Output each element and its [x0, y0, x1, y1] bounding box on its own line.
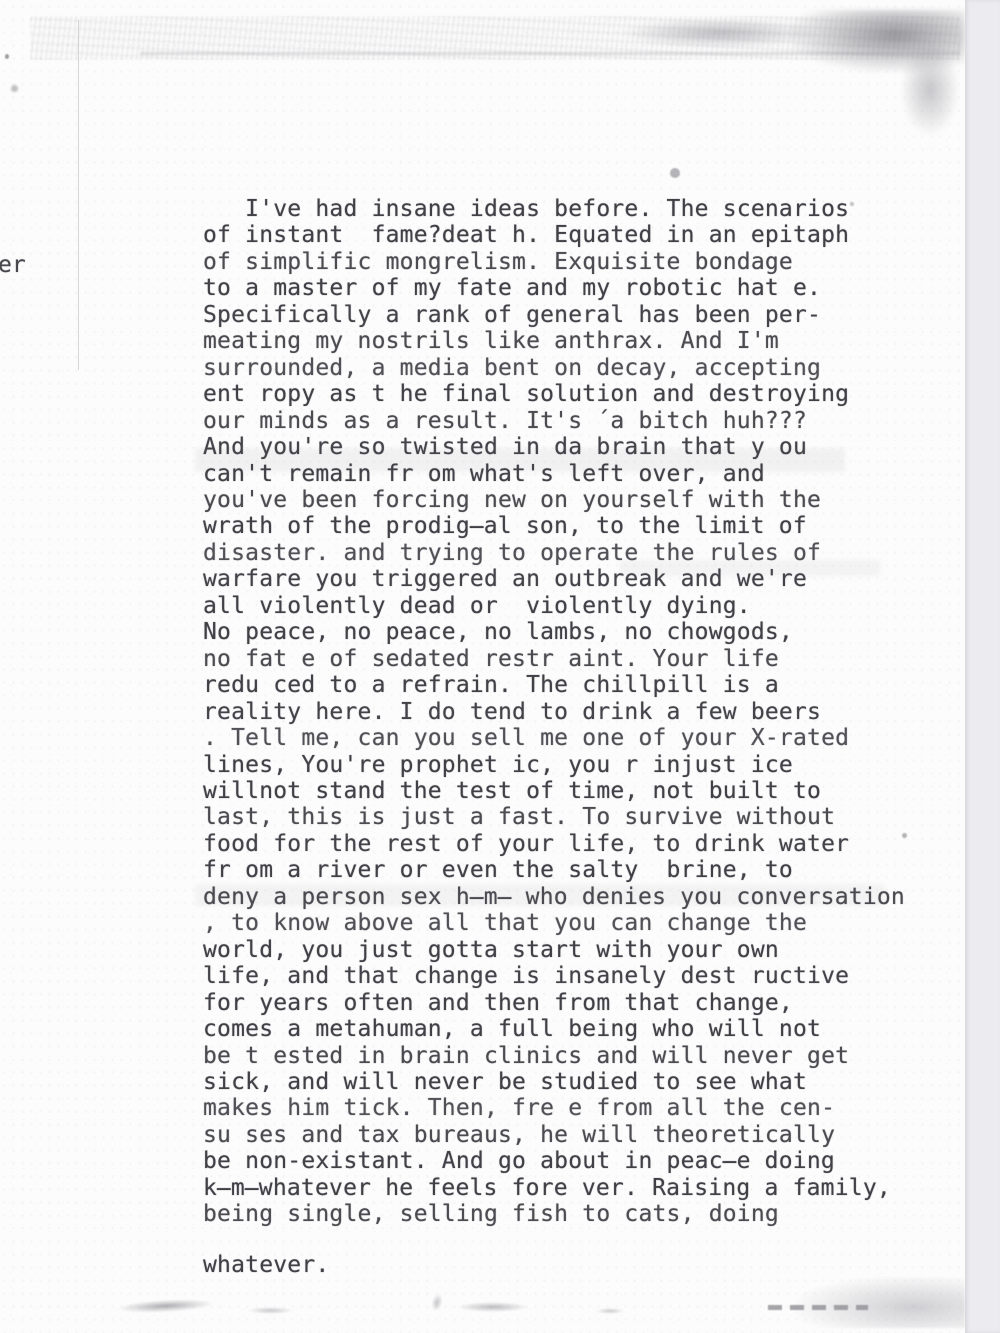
text-line: of instant fame?deat h. Equated in an ep…: [203, 222, 905, 248]
text-line: be non-existant. And go about in peac̶e …: [203, 1148, 905, 1174]
bottom-smudge: [430, 1293, 444, 1312]
bottom-smudge-dashes: [768, 1305, 868, 1310]
typed-paragraph: I've had insane ideas before. The scenar…: [203, 196, 905, 1228]
text-line: makes him tick. Then, fre e from all the…: [203, 1095, 905, 1121]
text-line: life, and that change is insanely dest r…: [203, 963, 905, 989]
text-line: no fat e of sedated restr aint. Your lif…: [203, 646, 905, 672]
noise-underline: [140, 52, 960, 55]
text-line: deny a person sex h̶m̶ who denies you co…: [203, 884, 905, 910]
text-line: reality here. I do tend to drink a few b…: [203, 699, 905, 725]
text-line: can't remain fr om what's left over, and: [203, 461, 905, 487]
text-line: willnot stand the test of time, not buil…: [203, 778, 905, 804]
noise-smudge-tail: [900, 42, 960, 137]
scanned-page: er I've had insane ideas before. The sce…: [0, 0, 965, 1333]
photocopy-noise-band: [30, 16, 960, 60]
text-line: world, you just gotta start with your ow…: [203, 937, 905, 963]
text-line: redu ced to a refrain. The chillpill is …: [203, 672, 905, 698]
bottom-corner-noise: [795, 1276, 965, 1328]
closing-line: whatever.: [203, 1252, 329, 1278]
text-line: our minds as a result. It's ´a bitch huh…: [203, 408, 905, 434]
photocopy-streak: [620, 560, 880, 576]
text-line: , to know above all that you can change …: [203, 910, 905, 936]
text-line: . Tell me, can you sell me one of your X…: [203, 725, 905, 751]
text-line: sick, and will never be studied to see w…: [203, 1069, 905, 1095]
noise-smudge: [620, 18, 820, 48]
text-line: I've had insane ideas before. The scenar…: [203, 196, 905, 222]
text-line: fr om a river or even the salty brine, t…: [203, 857, 905, 883]
edge-text-fragment: er: [0, 252, 26, 278]
bottom-smudge: [248, 1307, 293, 1314]
ink-speck: [850, 202, 854, 206]
ink-speck: [11, 85, 18, 92]
text-line: warfare you triggered an outbreak and we…: [203, 566, 905, 592]
ink-speck: [5, 54, 9, 59]
photocopy-streak: [195, 884, 885, 906]
text-line: for years often and then from that chang…: [203, 990, 905, 1016]
text-line: Specifi̇cally a rank of general has been…: [203, 302, 905, 328]
text-line: be t ested in brain clinics and will nev…: [203, 1043, 905, 1069]
text-line: surrounded, a media bent on decay, accep…: [203, 355, 905, 381]
bottom-smudge: [118, 1298, 213, 1315]
text-line: wrath of the prodig̶al son, to the limit…: [203, 513, 905, 539]
text-line: su ses and tax bureaus, he will theoreti…: [203, 1122, 905, 1148]
text-line: food for the rest of your life, to drink…: [203, 831, 905, 857]
text-line: No peace, no peace, no lambs, no chowgod…: [203, 619, 905, 645]
ink-speck: [902, 833, 907, 838]
text-line: meating my nostrils like anthrax. And I'…: [203, 328, 905, 354]
bottom-smudge: [458, 1302, 528, 1312]
scanner-background-strip: [965, 0, 1000, 1333]
text-line: to a master of my fate and my robotic ha…: [203, 275, 905, 301]
ink-speck: [670, 168, 680, 178]
bottom-smudge: [596, 1308, 624, 1314]
text-line: k̶m̶whatever he feels fore ver. Raising …: [203, 1175, 905, 1201]
noise-smudge-dark: [790, 10, 965, 72]
page-fold-line: [78, 20, 79, 370]
text-line: lines, You're prophet ic, you r injust i…: [203, 752, 905, 778]
text-line: comes a metahuman, a full being who will…: [203, 1016, 905, 1042]
text-line: of simplific mongrelism. Exquisite bonda…: [203, 249, 905, 275]
text-line: And you're so twisted in da brain that y…: [203, 434, 905, 460]
text-line: you've been forcing new on yourself with…: [203, 487, 905, 513]
photocopy-streak: [195, 448, 845, 472]
text-line: disaster. and trying to operate the rule…: [203, 540, 905, 566]
text-line: all violently dead or violently dying.: [203, 593, 905, 619]
text-line: being single, selling fish to cats, doin…: [203, 1201, 905, 1227]
text-line: last, this is just a fast. To survive wi…: [203, 804, 905, 830]
text-line: ent ropy as t he final solution and dest…: [203, 381, 905, 407]
